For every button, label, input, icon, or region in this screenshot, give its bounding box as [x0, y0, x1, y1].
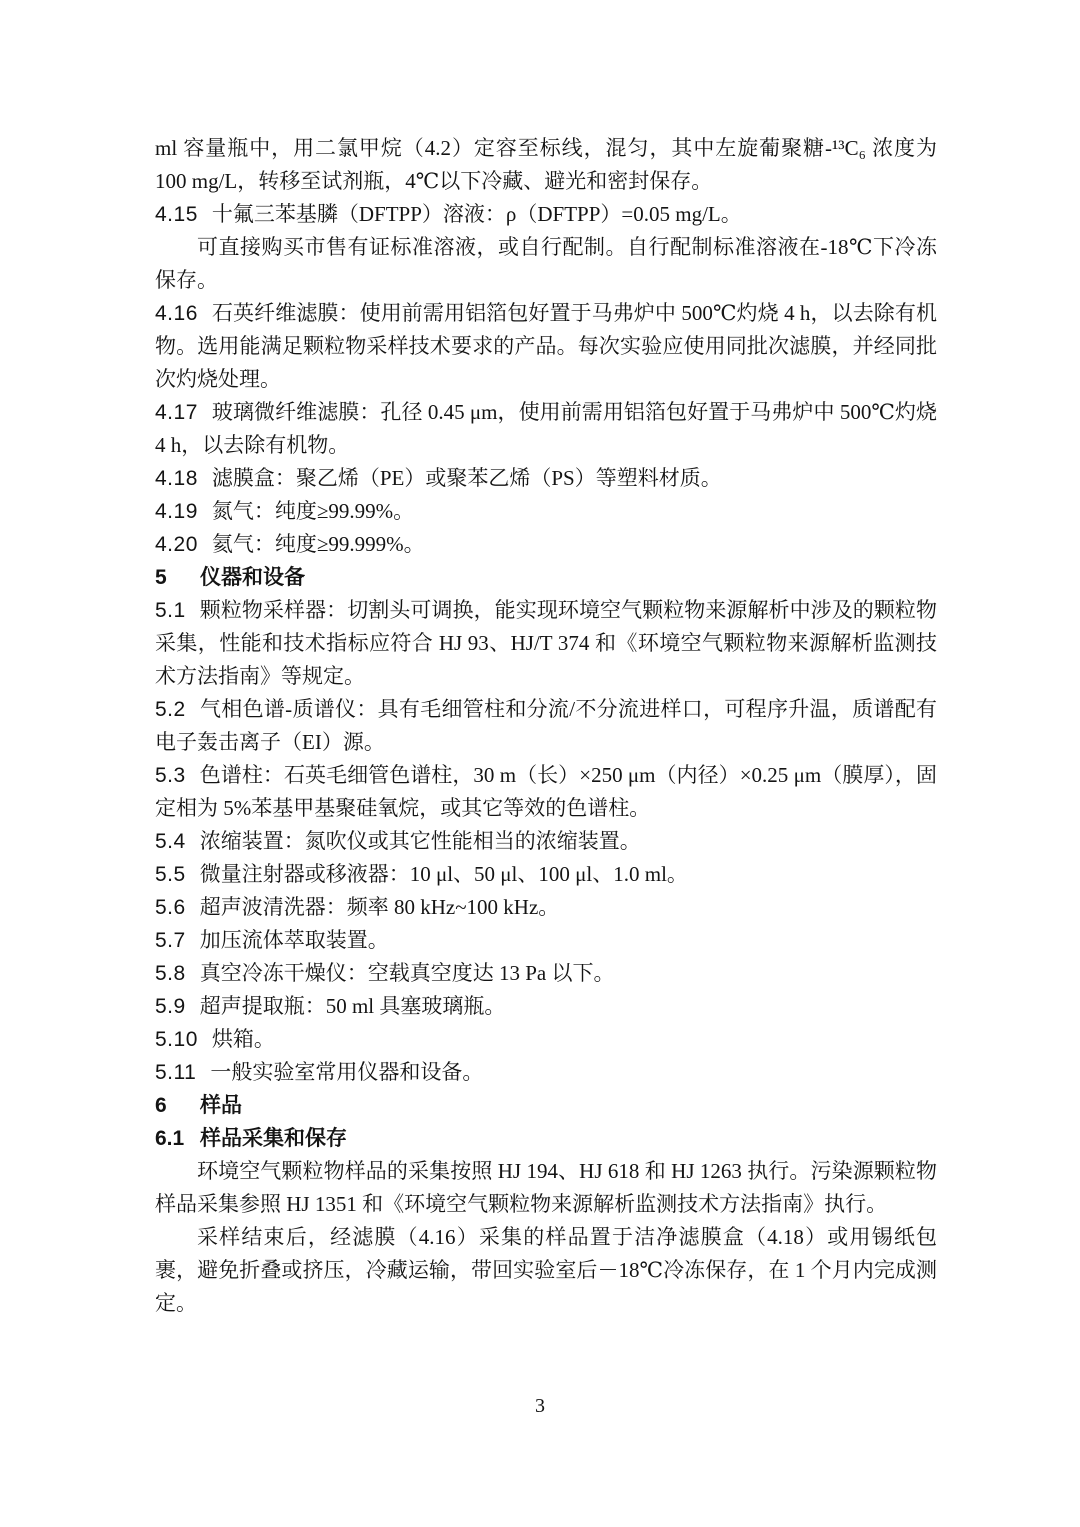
- item-number: 4.15: [155, 203, 198, 226]
- item-text: 滤膜盒：聚乙烯（PE）或聚苯乙烯（PS）等塑料材质。: [212, 466, 722, 490]
- item-number: 5.8: [155, 962, 186, 985]
- item-text: 烘箱。: [212, 1027, 275, 1051]
- page-number: 3: [0, 1394, 1080, 1418]
- section-title: 样品: [200, 1094, 242, 1117]
- note-4-15: 可直接购买市售有证标准溶液，或自行配制。自行配制标准溶液在-18℃下冷冻保存。: [155, 231, 937, 297]
- document-page: ml 容量瓶中，用二氯甲烷（4.2）定容至标线，混匀，其中左旋葡聚糖-¹³C₆ …: [0, 0, 1080, 1527]
- item-4-16: 4.16石英纤维滤膜：使用前需用铝箔包好置于马弗炉中 500℃灼烧 4 h，以去…: [155, 297, 937, 396]
- item-number: 5.7: [155, 929, 186, 952]
- item-5-8: 5.8真空冷冻干燥仪：空载真空度达 13 Pa 以下。: [155, 957, 937, 990]
- item-5-3: 5.3色谱柱：石英毛细管色谱柱，30 m（长）×250 μm（内径）×0.25 …: [155, 759, 937, 825]
- item-text: 加压流体萃取装置。: [200, 928, 389, 952]
- item-text: 氦气：纯度≥99.999%。: [212, 532, 425, 556]
- item-text: 浓缩装置：氮吹仪或其它性能相当的浓缩装置。: [200, 829, 641, 853]
- item-4-18: 4.18滤膜盒：聚乙烯（PE）或聚苯乙烯（PS）等塑料材质。: [155, 462, 937, 495]
- section-6-heading: 6样品: [155, 1089, 937, 1122]
- section-number: 6: [155, 1089, 200, 1122]
- item-number: 4.20: [155, 533, 198, 556]
- item-number: 5.11: [155, 1061, 196, 1084]
- item-number: 4.18: [155, 467, 198, 490]
- item-text: 十氟三苯基膦（DFTPP）溶液：ρ（DFTPP）=0.05 mg/L。: [212, 202, 742, 226]
- page-body: ml 容量瓶中，用二氯甲烷（4.2）定容至标线，混匀，其中左旋葡聚糖-¹³C₆ …: [155, 132, 937, 1320]
- item-number: 5.9: [155, 995, 186, 1018]
- section-title: 仪器和设备: [200, 566, 305, 589]
- item-text: 超声波清洗器：频率 80 kHz~100 kHz。: [200, 895, 560, 919]
- item-text: 色谱柱：石英毛细管色谱柱，30 m（长）×250 μm（内径）×0.25 μm（…: [155, 763, 937, 820]
- item-number: 5.4: [155, 830, 186, 853]
- paragraph-continuation: ml 容量瓶中，用二氯甲烷（4.2）定容至标线，混匀，其中左旋葡聚糖-¹³C₆ …: [155, 132, 937, 198]
- item-text: 一般实验室常用仪器和设备。: [210, 1060, 483, 1084]
- item-number: 4.19: [155, 500, 198, 523]
- item-number: 5.1: [155, 599, 186, 622]
- section-number: 5: [155, 561, 200, 594]
- item-4-17: 4.17玻璃微纤维滤膜：孔径 0.45 μm，使用前需用铝箔包好置于马弗炉中 5…: [155, 396, 937, 462]
- item-5-2: 5.2气相色谱-质谱仪：具有毛细管柱和分流/不分流进样口，可程序升温，质谱配有电…: [155, 693, 937, 759]
- section-title: 样品采集和保存: [200, 1127, 347, 1150]
- item-text: 玻璃微纤维滤膜：孔径 0.45 μm，使用前需用铝箔包好置于马弗炉中 500℃灼…: [155, 400, 937, 457]
- item-number: 5.3: [155, 764, 186, 787]
- item-text: 真空冷冻干燥仪：空载真空度达 13 Pa 以下。: [200, 961, 615, 985]
- item-5-4: 5.4浓缩装置：氮吹仪或其它性能相当的浓缩装置。: [155, 825, 937, 858]
- item-number: 5.5: [155, 863, 186, 886]
- item-5-11: 5.11一般实验室常用仪器和设备。: [155, 1056, 937, 1089]
- item-5-1: 5.1颗粒物采样器：切割头可调换，能实现环境空气颗粒物来源解析中涉及的颗粒物采集…: [155, 594, 937, 693]
- item-number: 4.17: [155, 401, 198, 424]
- item-number: 4.16: [155, 302, 198, 325]
- item-number: 5.10: [155, 1028, 198, 1051]
- item-text: 氮气：纯度≥99.99%。: [212, 499, 414, 523]
- item-5-9: 5.9超声提取瓶：50 ml 具塞玻璃瓶。: [155, 990, 937, 1023]
- section-number: 6.1: [155, 1122, 200, 1155]
- paragraph-sampling-2: 采样结束后，经滤膜（4.16）采集的样品置于洁净滤膜盒（4.18）或用锡纸包裹，…: [155, 1221, 937, 1320]
- item-5-10: 5.10烘箱。: [155, 1023, 937, 1056]
- item-number: 5.6: [155, 896, 186, 919]
- item-number: 5.2: [155, 698, 186, 721]
- item-4-20: 4.20氦气：纯度≥99.999%。: [155, 528, 937, 561]
- item-5-7: 5.7加压流体萃取装置。: [155, 924, 937, 957]
- section-5-heading: 5仪器和设备: [155, 561, 937, 594]
- item-text: 颗粒物采样器：切割头可调换，能实现环境空气颗粒物来源解析中涉及的颗粒物采集，性能…: [155, 598, 937, 688]
- item-5-5: 5.5微量注射器或移液器：10 μl、50 μl、100 μl、1.0 ml。: [155, 858, 937, 891]
- item-4-19: 4.19氮气：纯度≥99.99%。: [155, 495, 937, 528]
- item-text: 微量注射器或移液器：10 μl、50 μl、100 μl、1.0 ml。: [200, 862, 688, 886]
- paragraph-sampling-1: 环境空气颗粒物样品的采集按照 HJ 194、HJ 618 和 HJ 1263 执…: [155, 1155, 937, 1221]
- item-text: 超声提取瓶：50 ml 具塞玻璃瓶。: [200, 994, 506, 1018]
- item-5-6: 5.6超声波清洗器：频率 80 kHz~100 kHz。: [155, 891, 937, 924]
- item-4-15: 4.15十氟三苯基膦（DFTPP）溶液：ρ（DFTPP）=0.05 mg/L。: [155, 198, 937, 231]
- item-text: 气相色谱-质谱仪：具有毛细管柱和分流/不分流进样口，可程序升温，质谱配有电子轰击…: [155, 697, 937, 754]
- section-6-1-heading: 6.1样品采集和保存: [155, 1122, 937, 1155]
- item-text: 石英纤维滤膜：使用前需用铝箔包好置于马弗炉中 500℃灼烧 4 h，以去除有机物…: [155, 301, 937, 391]
